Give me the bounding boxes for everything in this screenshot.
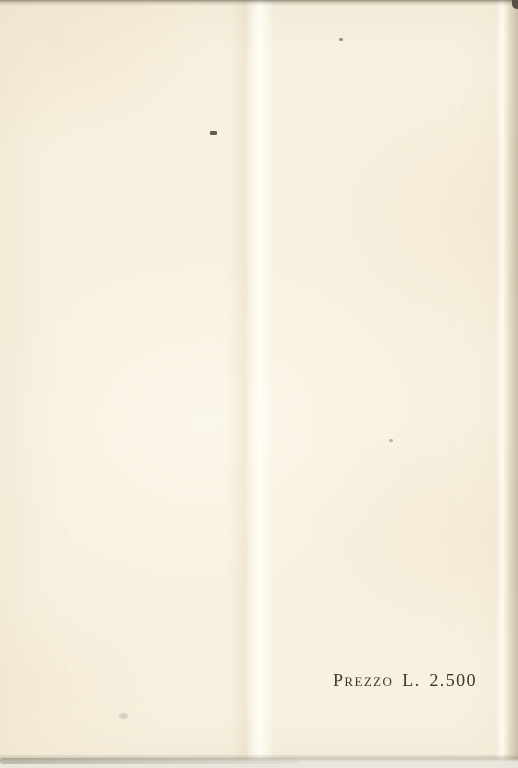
- foxing-smudge: [119, 713, 128, 719]
- right-edge-shadow: [506, 0, 518, 768]
- price-label: Prezzo L. 2.500: [333, 670, 477, 691]
- spine-crease-highlight: [247, 0, 275, 768]
- ink-speck: [210, 131, 217, 135]
- bottom-edge-shadow: [0, 758, 300, 764]
- book-back-cover-scan: Prezzo L. 2.500: [0, 0, 518, 768]
- top-scan-edge: [0, 0, 518, 6]
- ink-speck: [339, 38, 343, 41]
- ink-speck: [389, 439, 393, 442]
